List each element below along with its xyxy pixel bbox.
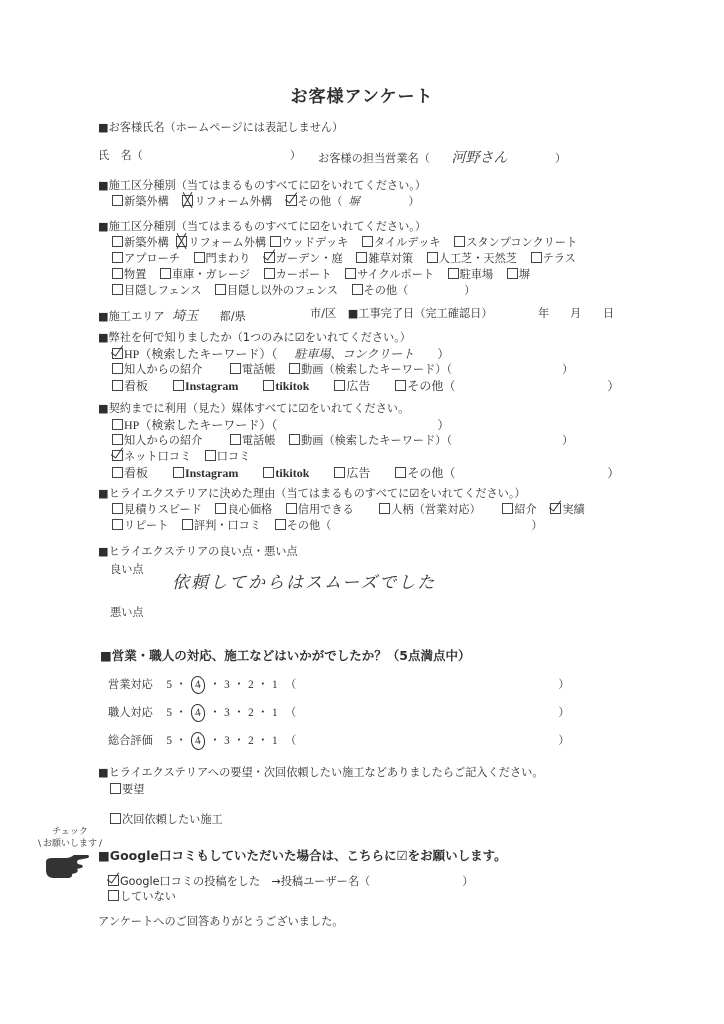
checkbox-checked[interactable] [264,252,275,263]
how-known-hp-row: HP（検索したキーワード）（ 駐車場、コンクリート ） [112,345,449,362]
checkbox[interactable] [289,434,300,445]
checkbox[interactable] [263,380,274,391]
media-row-3: ネット口コミ 口コミ [112,448,260,464]
checkbox[interactable] [334,467,345,478]
option-phonebook[interactable]: 電話帳 [230,361,276,377]
option-tiktok[interactable]: tikitok [263,379,309,394]
city-suffix: 市/区 [310,307,336,320]
option-referral[interactable]: 紹介 [502,501,536,517]
prefecture-field[interactable]: 埼玉 [168,305,216,324]
request-option[interactable]: 要望 [110,781,144,797]
checkbox[interactable] [112,380,123,391]
option-word-of-mouth[interactable]: 口コミ [205,448,251,464]
checkbox[interactable] [395,467,406,478]
option-repeat[interactable]: リピート [112,517,168,533]
requests-heading: ■ヒライエクステリアへの要望・次回依頼したい施工などありましたらご記入ください。 [98,764,544,780]
score-5[interactable]: 5 [166,679,172,691]
sales-rep-row: お客様の担当営業名（ 河野さん ） [318,147,566,167]
good-label: 良い点 [110,561,144,577]
checkbox[interactable] [454,236,465,247]
city-row: 市/区 ■工事完了日（完工確認日） [310,305,493,321]
option-fair-price[interactable]: 良心価格 [215,501,272,517]
pointing-hand-icon [44,852,90,882]
checkbox[interactable] [112,519,123,530]
score-1[interactable]: 1 [272,679,278,691]
option-reform-exterior[interactable]: リフォーム外構 [176,234,266,250]
score-5[interactable]: 5 [166,735,172,747]
checkbox[interactable] [502,503,513,514]
checkbox[interactable] [112,236,123,247]
how-known-row-3: 看板 Instagram tikitok 広告 その他（） [112,377,629,394]
option-other[interactable]: その他（ ） [352,282,476,298]
media-hp-row: HP（検索したキーワード）（ ） [112,416,449,433]
checkbox[interactable] [448,268,459,279]
checkbox[interactable] [194,252,205,263]
option-personality[interactable]: 人柄（営業対応） [379,501,481,517]
customer-name-heading: ■お客様氏名（ホームページには表記しません） [98,119,343,135]
how-known-heading: ■弊社を何で知りましたか（1つのみに☑をいれてください。） [98,329,411,345]
bad-points-field[interactable] [170,604,590,624]
option-storage[interactable]: 物置 [112,266,146,282]
checkbox-checked[interactable] [182,195,193,206]
checkbox[interactable] [427,252,438,263]
option-referral[interactable]: 知人からの紹介 [112,432,202,448]
option-other[interactable]: その他（） [275,517,543,533]
option-other[interactable]: その他（） [395,377,619,394]
option-new-exterior[interactable]: 新築外構 [112,193,169,209]
sales-close: ） [555,152,566,165]
completion-month[interactable]: 月 [570,305,581,321]
checkbox[interactable] [395,380,406,391]
option-net-reviews[interactable]: ネット口コミ [112,448,191,464]
option-track-record[interactable]: 実績 [550,501,584,517]
checkbox[interactable] [108,890,119,901]
rating-heading: ■営業・職人の対応、施工などはいかがでしたか？（5点満点中） [100,646,471,664]
score-2[interactable]: 2 [248,679,254,691]
checkbox[interactable] [112,284,123,295]
score-4-selected[interactable]: 4 [190,703,206,723]
option-other-fence[interactable]: 目隠し以外のフェンス [215,282,338,298]
reason-row-2: リピート 評判・口コミ その他（） [112,517,553,533]
score-3[interactable]: 3 [224,707,230,719]
checkbox[interactable] [379,503,390,514]
checkbox[interactable] [352,284,363,295]
reason-row-1: 見積りスピード 良心価格 信用できる 人柄（営業対応） 紹介 実績 [112,501,595,517]
option-new-exterior[interactable]: 新築外構 [112,234,169,250]
completion-year[interactable]: 年 [538,305,549,321]
option-turf[interactable]: 人工芝・天然芝 [427,250,517,266]
customer-name-row: 氏 名（ ） [98,147,301,163]
area-label: ■施工エリア [98,310,165,323]
checkbox[interactable] [112,467,123,478]
option-other[interactable]: その他（塀） [286,193,420,209]
construction-type-2-heading: ■施工区分種別（当てはまるものすべてに☑をいれてください。） [98,218,426,234]
checkbox[interactable] [263,467,274,478]
google-heading: ■Google口コミもしていただいた場合は、こちらに☑をお願いします。 [98,846,507,864]
media-row-4: 看板 Instagram tikitok 広告 その他（） [112,464,629,481]
option-tiktok[interactable]: tikitok [263,466,309,481]
checkbox[interactable] [345,268,356,279]
option-gate[interactable]: 門まわり [194,250,251,266]
checkbox[interactable] [334,380,345,391]
checkbox[interactable] [182,519,193,530]
option-video[interactable]: 動画（検索したキーワード）（） [289,361,573,377]
option-instagram[interactable]: Instagram [173,466,238,481]
option-reform-exterior[interactable]: リフォーム外構 [182,193,272,209]
sales-label: お客様の担当営業名（ [318,152,430,165]
score-1[interactable]: 1 [272,707,278,719]
checkbox[interactable] [270,236,281,247]
construction-type-2-row-2: アプローチ 門まわり ガーデン・庭 雑草対策 人工芝・天然芝 テラス [112,250,586,266]
checkbox[interactable] [110,783,121,794]
option-video[interactable]: 動画（検索したキーワード）（） [289,432,573,448]
media-row-2: 知人からの紹介 電話帳 動画（検索したキーワード）（） [112,432,583,448]
other-note[interactable]: 塀 [342,193,408,209]
option-privacy-fence[interactable]: 目隠しフェンス [112,282,201,298]
checkbox[interactable] [215,503,226,514]
checkbox[interactable] [173,467,184,478]
checkbox[interactable] [264,268,275,279]
checkbox[interactable] [507,268,518,279]
score-5[interactable]: 5 [166,707,172,719]
checkbox[interactable] [356,252,367,263]
option-cycleport[interactable]: サイクルポート [345,266,434,282]
option-parking[interactable]: 駐車場 [448,266,494,282]
rating-row-overall: 総合評価 5 ・ 4 ・ 3 ・ 2 ・ 1 （） [108,732,570,750]
thanks-message: アンケートへのご回答ありがとうございました。 [98,913,343,929]
how-known-row-2: 知人からの紹介 電話帳 動画（検索したキーワード）（） [112,361,583,377]
rating-row-craftsman: 職人対応 5 ・ 4 ・ 3 ・ 2 ・ 1 （） [108,704,570,722]
next-request-option[interactable]: 次回依頼したい施工 [110,811,223,827]
checkbox[interactable] [531,252,542,263]
score-1[interactable]: 1 [272,735,278,747]
option-wall[interactable]: 塀 [507,266,530,282]
checkbox-checked[interactable] [286,195,297,206]
option-wood-deck[interactable]: ウッドデッキ [270,234,349,250]
option-ad[interactable]: 広告 [334,377,370,394]
checkbox-checked[interactable] [176,236,187,247]
checkbox[interactable] [112,503,123,514]
rating-row-sales: 営業対応 5 ・ 4 ・ 3 ・ 2 ・ 1 （） [108,676,570,694]
option-phonebook[interactable]: 電話帳 [230,432,276,448]
checkbox[interactable] [112,252,123,263]
checkbox[interactable] [275,519,286,530]
option-signboard[interactable]: 看板 [112,464,148,481]
option-carport[interactable]: カーポート [264,266,332,282]
checkbox[interactable] [112,268,123,279]
checkbox[interactable] [205,450,216,461]
checkbox[interactable] [110,813,121,824]
completion-label: ■工事完了日（完工確認日） [348,307,493,320]
option-signboard[interactable]: 看板 [112,377,148,394]
option-approach[interactable]: アプローチ [112,250,180,266]
page-title: お客様アンケート [0,82,724,107]
reason-heading: ■ヒライエクステリアに決めた理由（当てはまるものすべてに☑をいれてください。） [98,485,526,501]
checkbox-checked[interactable] [112,450,123,461]
option-instagram[interactable]: Instagram [173,379,238,394]
checkbox-checked[interactable] [108,875,119,886]
checkbox[interactable] [362,236,373,247]
option-referral[interactable]: 知人からの紹介 [112,361,202,377]
option-reputation[interactable]: 評判・口コミ [182,517,261,533]
checkbox[interactable] [112,419,123,430]
media-used-heading: ■契約までに利用（見た）媒体すべてに☑をいれてください。 [98,400,409,416]
checkbox[interactable] [112,363,123,374]
checkbox-checked[interactable] [550,503,561,514]
option-garage[interactable]: 車庫・ガレージ [160,266,250,282]
checkbox[interactable] [289,363,300,374]
checkbox[interactable] [286,503,297,514]
score-3[interactable]: 3 [224,735,230,747]
construction-type-2-row-4: 目隠しフェンス 目隠し以外のフェンス その他（ ） [112,282,485,298]
construction-type-2-row-3: 物置 車庫・ガレージ カーポート サイクルポート 駐車場 塀 [112,266,540,282]
construction-type-2-row-1: 新築外構 リフォーム外構 ウッドデッキ タイルデッキ スタンプコンクリート [112,234,587,250]
score-2[interactable]: 2 [248,707,254,719]
completion-day[interactable]: 日 [603,305,614,321]
option-terrace[interactable]: テラス [531,250,576,266]
checkbox[interactable] [230,434,241,445]
name-close: ） [290,149,301,162]
prefecture-suffix: 都/県 [220,310,246,323]
option-tile-deck[interactable]: タイルデッキ [362,234,441,250]
option-other[interactable]: その他（） [395,464,619,481]
hp-keyword-field[interactable]: 駐車場、コンクリート [280,345,434,362]
checkbox-checked[interactable] [112,348,123,359]
sales-rep-field[interactable]: 河野さん [433,147,551,167]
checkbox[interactable] [112,195,123,206]
score-2[interactable]: 2 [248,735,254,747]
checkbox[interactable] [173,380,184,391]
construction-type-1-options: 新築外構 リフォーム外構 その他（塀） [112,193,430,209]
checkbox[interactable] [215,284,226,295]
option-stamp-concrete[interactable]: スタンプコンクリート [454,234,577,250]
option-weed-control[interactable]: 雑草対策 [356,250,413,266]
option-trustworthy[interactable]: 信用できる [286,501,354,517]
good-points-field[interactable]: 依頼してからはスムーズでした [172,568,436,593]
score-4-selected[interactable]: 4 [190,731,206,751]
option-ad[interactable]: 広告 [334,464,370,481]
bad-label: 悪い点 [110,604,144,620]
score-3[interactable]: 3 [224,679,230,691]
google-posted-row: Google口コミの投稿をした →投稿ユーザー名（） [108,873,473,889]
option-garden[interactable]: ガーデン・庭 [264,250,343,266]
checkbox[interactable] [160,268,171,279]
area-row: ■施工エリア 埼玉 都/県 [98,305,246,324]
name-label: 氏 名（ [98,149,143,162]
checkbox[interactable] [230,363,241,374]
score-4-selected[interactable]: 4 [190,675,206,695]
construction-type-1-heading: ■施工区分種別（当てはまるものすべてに☑をいれてください。） [98,177,426,193]
option-estimate-speed[interactable]: 見積りスピード [112,501,202,517]
good-bad-heading: ■ヒライエクステリアの良い点・悪い点 [98,543,298,559]
google-not-posted-row[interactable]: していない [108,888,176,904]
